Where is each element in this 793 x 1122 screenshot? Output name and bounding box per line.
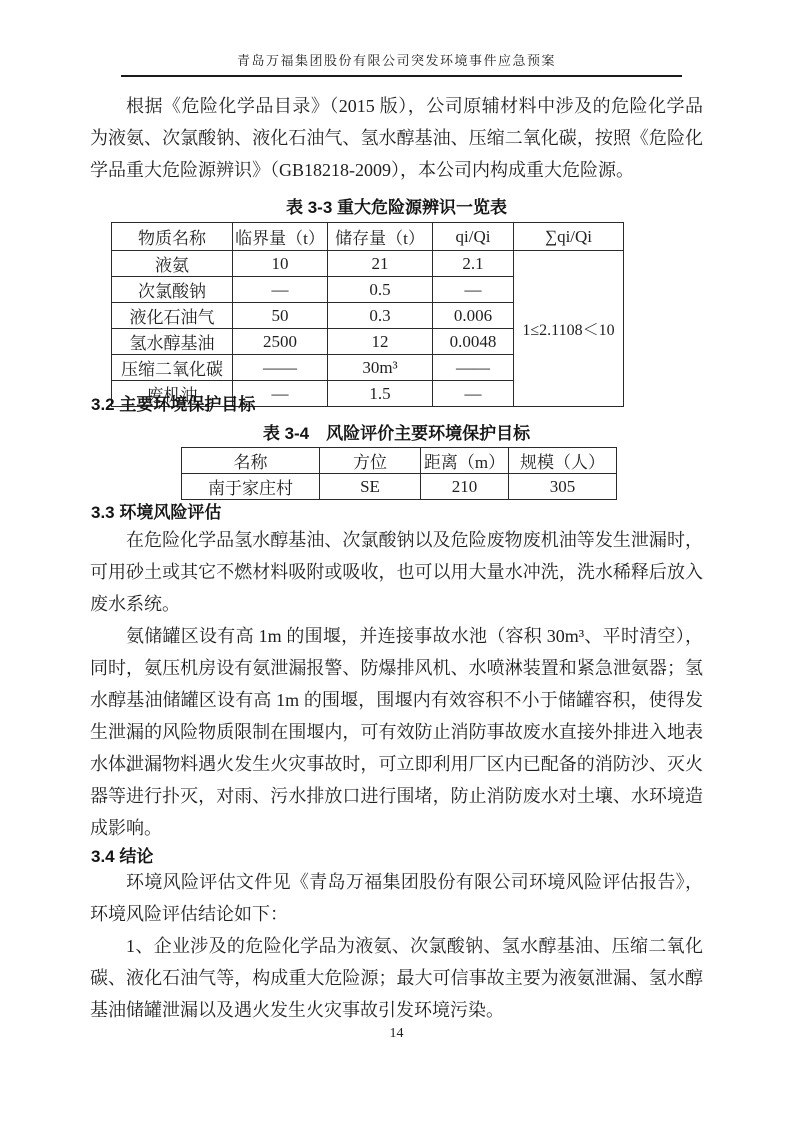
protection-targets-table: 名称 方位 距离（m） 规模（人） 南于家庄村 SE 210 305 [181,447,617,500]
page-number: 14 [0,1026,793,1042]
table-row: 南于家庄村 SE 210 305 [182,474,617,500]
table-header-row: 物质名称 临界量（t） 储存量（t） qi/Qi ∑qi/Qi [112,223,624,251]
table-cell: — [433,277,514,303]
table-cell: 21 [328,251,433,277]
table-cell: 次氯酸钠 [112,277,233,303]
table-cell: 液氨 [112,251,233,277]
sum-qi-qi-merged-cell: 1≤2.1108＜10 [514,251,624,407]
section-3-3-paragraph-1: 在危险化学品氢水醇基油、次氯酸钠以及危险废物废机油等发生泄漏时，可用砂土或其它不… [90,524,703,620]
table-cell: 0.3 [328,303,433,329]
table-cell: 10 [233,251,328,277]
table-cell: 2.1 [433,251,514,277]
section-3-2-heading: 3.2 主要环境保护目标 [91,390,255,415]
table-cell: 50 [233,303,328,329]
table-3-3-title: 表 3-3 重大危险源辨识一览表 [0,193,793,218]
table-cell: — [233,277,328,303]
table-cell: 0.006 [433,303,514,329]
table-cell: 305 [509,474,617,500]
table-3-4-title: 表 3-4 风险评价主要环境保护目标 [0,419,793,444]
section-3-3-heading: 3.3 环境风险评估 [91,498,221,523]
table-cell: 液化石油气 [112,303,233,329]
table-cell: 12 [328,329,433,355]
table-cell: 1.5 [328,381,433,407]
section-3-4-paragraph-1: 环境风险评估文件见《青岛万福集团股份有限公司环境风险评估报告》，环境风险评估结论… [90,866,703,930]
document-header-title: 青岛万福集团股份有限公司突发环境事件应急预案 [0,50,793,69]
column-header-critical-qty: 临界量（t） [233,223,328,251]
column-header-name: 名称 [182,448,320,474]
table-header-row: 名称 方位 距离（m） 规模（人） [182,448,617,474]
table-cell: 南于家庄村 [182,474,320,500]
section-3-3-paragraph-3: 泄漏物料遇火发生火灾事故时，可立即利用厂区内已配备的消防沙、灭火器等进行扑灭，对… [90,748,703,844]
table-cell: 氢水醇基油 [112,329,233,355]
table-cell: 30m³ [328,355,433,381]
table-cell: —— [433,355,514,381]
table-cell: 0.0048 [433,329,514,355]
table-cell: —— [233,355,328,381]
column-header-storage-qty: 储存量（t） [328,223,433,251]
table-cell: 2500 [233,329,328,355]
column-header-sum-qi-qi: ∑qi/Qi [514,223,624,251]
table-cell: — [433,381,514,407]
section-3-4-heading: 3.4 结论 [91,842,153,867]
table-row: 液氨 10 21 2.1 1≤2.1108＜10 [112,251,624,277]
column-header-scale: 规模（人） [509,448,617,474]
table-cell: 210 [421,474,509,500]
table-cell: 0.5 [328,277,433,303]
intro-paragraph: 根据《危险化学品目录》（2015 版），公司原辅材料中涉及的危险化学品为液氨、次… [90,90,703,186]
document-page: 青岛万福集团股份有限公司突发环境事件应急预案 根据《危险化学品目录》（2015 … [0,0,793,1122]
column-header-distance: 距离（m） [421,448,509,474]
table-cell: 压缩二氧化碳 [112,355,233,381]
section-3-4-paragraph-2: 1、企业涉及的危险化学品为液氨、次氯酸钠、氢水醇基油、压缩二氧化碳、液化石油气等… [90,930,703,1026]
table-cell: SE [320,474,421,500]
column-header-substance: 物质名称 [112,223,233,251]
column-header-direction: 方位 [320,448,421,474]
header-divider-line [121,75,682,77]
hazard-source-identification-table: 物质名称 临界量（t） 储存量（t） qi/Qi ∑qi/Qi 液氨 10 21… [111,222,624,407]
column-header-qi-qi: qi/Qi [433,223,514,251]
